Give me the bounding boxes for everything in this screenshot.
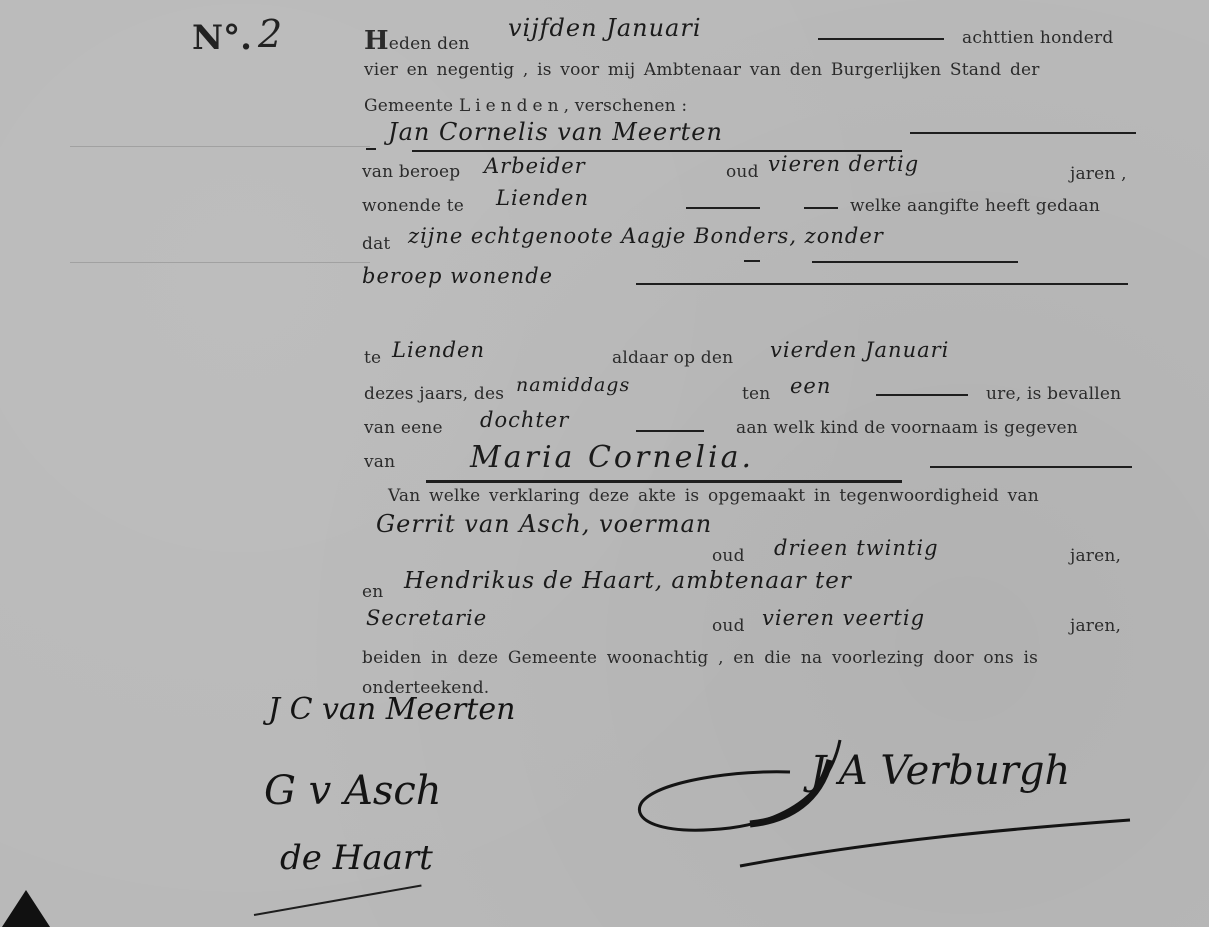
signature-witness2: de Haart [280, 838, 433, 878]
dash [366, 148, 376, 150]
fill-rule [636, 430, 704, 432]
declaration-text: welke aangifte heeft gedaan [850, 196, 1100, 216]
age-label: oud [726, 162, 759, 182]
witness2-age-handwritten: vieren veertig [762, 606, 925, 630]
text: eden den [389, 34, 470, 54]
underline [812, 261, 1018, 263]
fill-rule [818, 38, 944, 40]
witness1-handwritten: Gerrit van Asch, voerman [376, 510, 712, 538]
paper-crease [70, 262, 370, 263]
text: , verschenen : [564, 96, 688, 116]
at-label: ten [742, 384, 770, 404]
year-label: dezes jaars, des [364, 384, 504, 404]
residence-statement: beiden in deze Gemeente woonachtig , en … [362, 648, 1038, 668]
drop-cap: H [364, 26, 389, 56]
signature-witness1: G v Asch [264, 768, 442, 814]
birthplace-handwritten: Lienden [392, 338, 485, 362]
of-a-label: van eene [364, 418, 443, 438]
witness1-age-handwritten: drieen twintig [774, 536, 939, 560]
signature-father: J C van Meerten [268, 692, 515, 727]
residence-handwritten: Lienden [496, 186, 589, 210]
fill-rule [910, 132, 1136, 134]
that-label: dat [362, 234, 390, 254]
dash [744, 260, 760, 262]
child-name-handwritten: Maria Cornelia. [470, 440, 754, 475]
paper-crease [70, 146, 370, 147]
to-label: te [364, 348, 381, 368]
years-label: jaren , [1070, 164, 1127, 184]
mother-occupation-handwritten: beroep wonende [362, 264, 553, 288]
fill-rule [636, 283, 1128, 285]
declarant-name-handwritten: Jan Cornelis van Meerten [388, 118, 723, 146]
line-1-printed: Heden den [364, 26, 470, 56]
signature-flourish [620, 720, 1160, 870]
fill-rule [686, 207, 760, 209]
first-name-text: aan welk kind de voornaam is gegeven [736, 418, 1078, 438]
sex-handwritten: dochter [480, 408, 569, 432]
fill-rule [930, 466, 1132, 468]
municipality-name: Lienden [459, 96, 564, 116]
there-on-label: aldaar op den [612, 348, 733, 368]
fill-rule [876, 394, 968, 396]
age-label: oud [712, 616, 745, 636]
mother-handwritten: zijne echtgenoote Aagje Bonders, zonder [408, 224, 884, 248]
line-2-printed: vier en negentig , is voor mij Ambtenaar… [364, 60, 1040, 80]
date-handwritten: vijfden Januari [508, 14, 702, 42]
signature-flourish [254, 884, 422, 915]
occupation-label: van beroep [362, 162, 460, 182]
civil-record-page: N°. 2 Heden den vijfden Januari achttien… [0, 0, 1209, 927]
witness2-occupation-handwritten: Secretarie [366, 606, 487, 630]
time-of-day-handwritten: namiddags [516, 374, 630, 396]
statement-text: Van welke verklaring deze akte is opgema… [388, 486, 1039, 506]
of-label: van [364, 452, 395, 472]
birth-date-handwritten: vierden Januari [770, 338, 949, 362]
residence-label: wonende te [362, 196, 464, 216]
year-printed: achttien honderd [962, 28, 1113, 48]
years-label: jaren, [1070, 616, 1121, 636]
witness2-handwritten: Hendrikus de Haart, ambtenaar ter [404, 568, 852, 594]
age-label: oud [712, 546, 745, 566]
underline [426, 480, 902, 483]
delivered-label: ure, is bevallen [986, 384, 1121, 404]
hour-handwritten: een [790, 374, 831, 398]
text: Gemeente [364, 96, 453, 116]
page-edge-mark [0, 890, 52, 927]
years-label: jaren, [1070, 546, 1121, 566]
record-number-label: N°. [192, 18, 252, 58]
record-number-value: 2 [258, 12, 282, 56]
age-handwritten: vieren dertig [768, 152, 919, 176]
line-3-printed: Gemeente Lienden, verschenen : [364, 96, 687, 116]
and-label: en [362, 582, 383, 602]
occupation-handwritten: Arbeider [484, 154, 586, 178]
fill-rule [804, 207, 838, 209]
